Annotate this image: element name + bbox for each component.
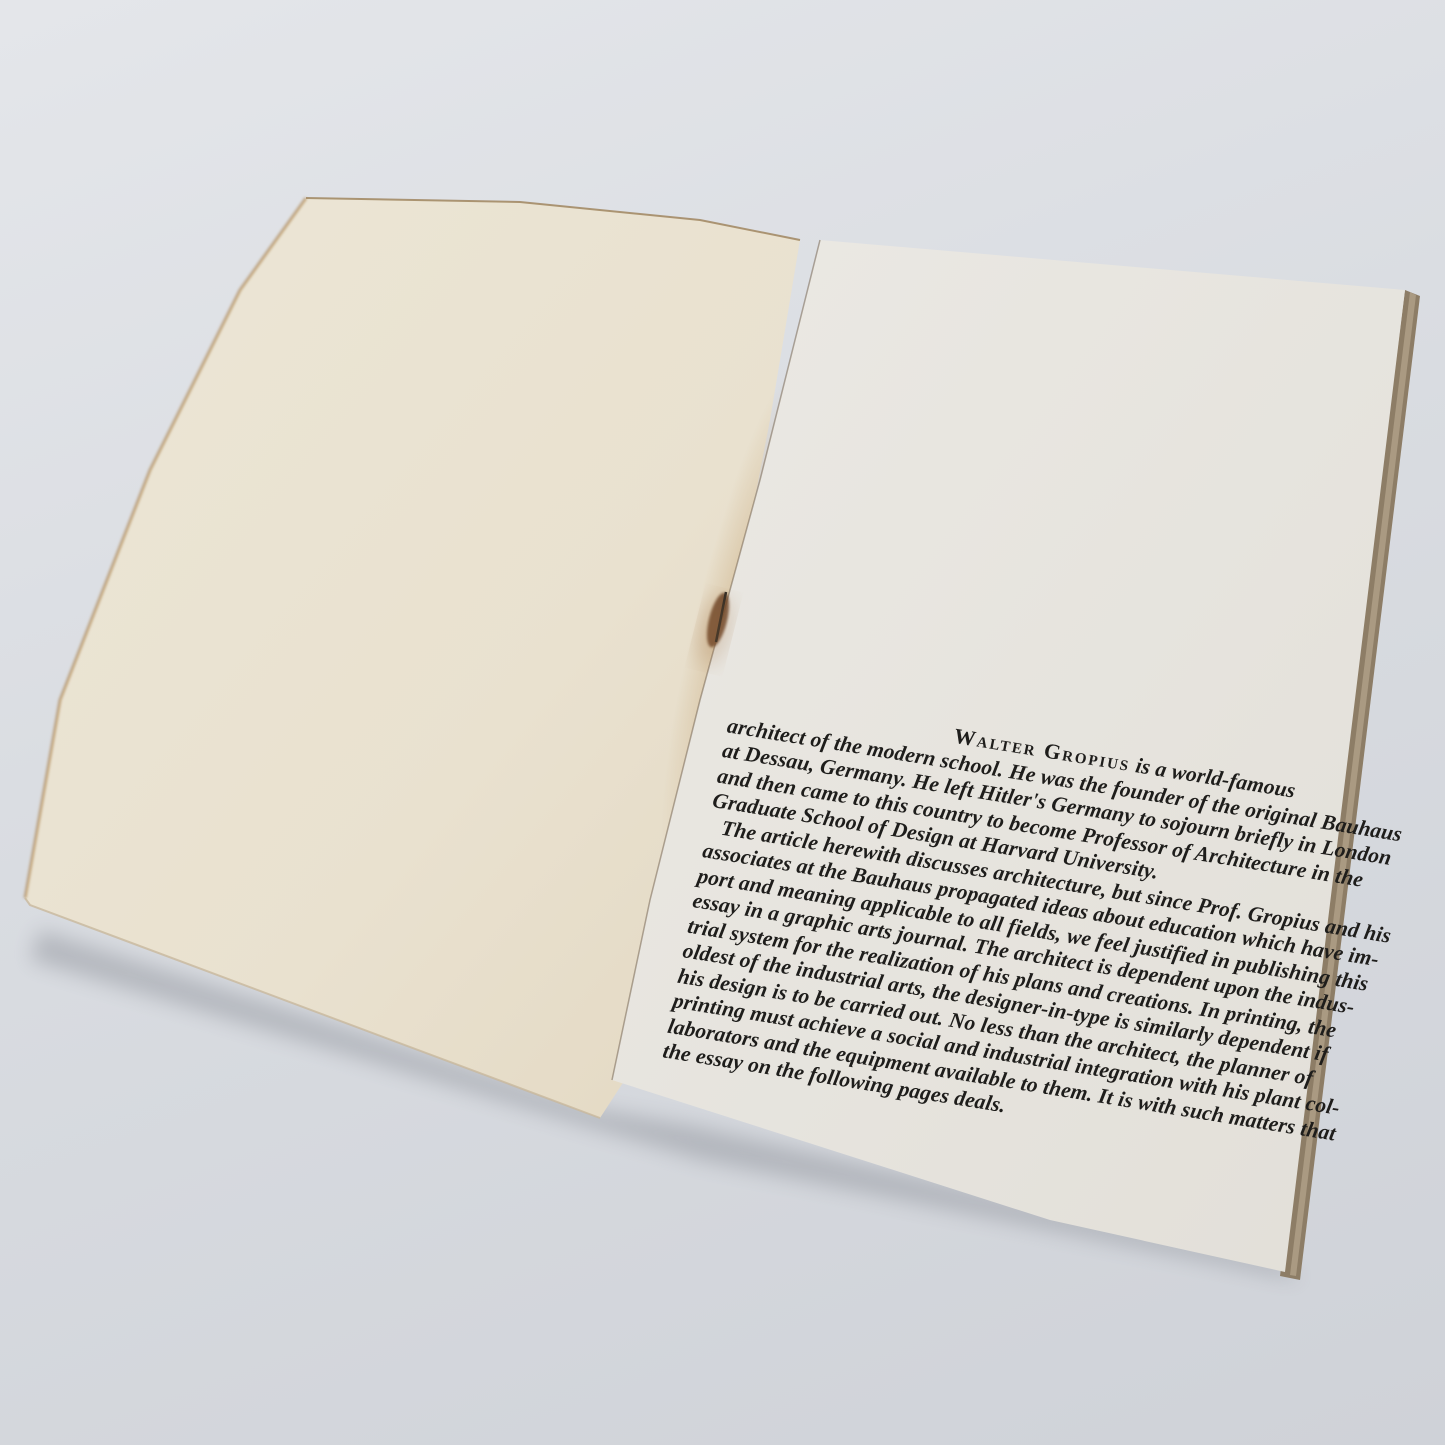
booklet-illustration — [0, 0, 1445, 1445]
photo-scene: Walter Gropius is a world-famous archite… — [0, 0, 1445, 1445]
